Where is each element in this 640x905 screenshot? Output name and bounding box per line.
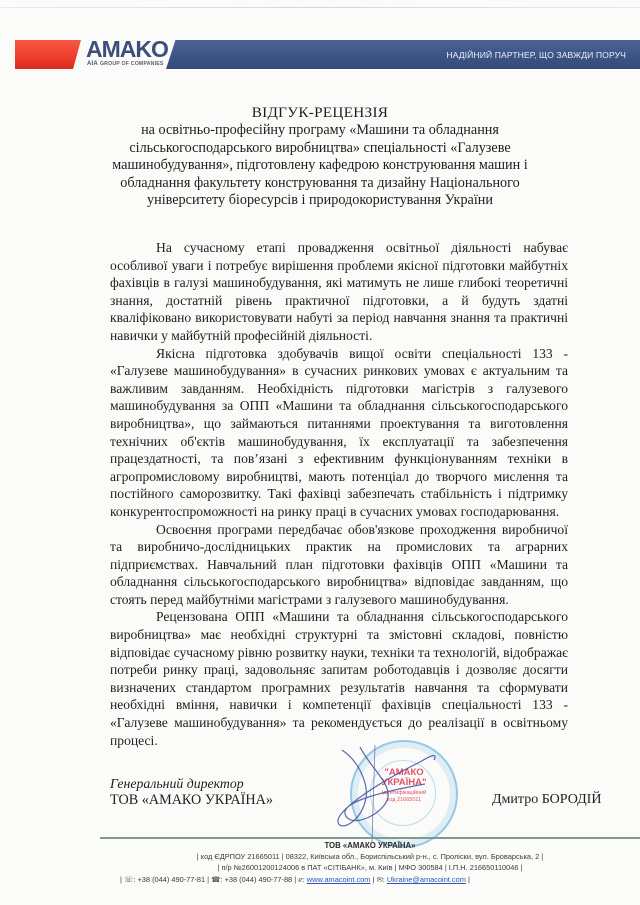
red-band [15, 40, 81, 69]
title-line: обладнання факультету конструювання та д… [80, 175, 560, 192]
paragraph: Якісна підготовка здобувачів вищої освіт… [110, 345, 568, 521]
fax-icon: ☏ [124, 875, 133, 884]
signatory-name: Дмитро БОРОДІЙ [492, 792, 601, 808]
logo-mark-icon: AIA [87, 61, 98, 67]
document-title: ВІДГУК-РЕЦЕНЗІЯ на освітньо-професійну п… [80, 104, 560, 209]
footer-line-address: | код ЄДРПОУ 21665011 | 08322, Київська … [100, 851, 640, 862]
logo-subtitle: AIAGROUP OF COMPANIES [87, 61, 164, 67]
top-rule [0, 7, 640, 8]
email-link[interactable]: Ukraine@amacoint.com [387, 875, 466, 884]
slogan: НАДІЙНИЙ ПАРТНЕР, ЩО ЗАВЖДИ ПОРУЧ [446, 50, 626, 60]
paragraph: Рецензована ОПП «Машини та обладнання сі… [110, 608, 568, 749]
footer-phone1: : +38 (044) 490-77-81 [133, 875, 205, 884]
blue-band: НАДІЙНИЙ ПАРТНЕР, ЩО ЗАВЖДИ ПОРУЧ [166, 40, 640, 69]
footer-company: ТОВ «АМАКО УКРАЇНА» [100, 840, 640, 851]
letterhead-footer: ТОВ «АМАКО УКРАЇНА» | код ЄДРПОУ 2166501… [100, 840, 640, 885]
title-line: сільськогосподарського виробництва» спец… [80, 140, 560, 157]
title-line: на освітньо-професійну програму «Машини … [80, 122, 560, 139]
footer-divider [100, 837, 640, 839]
title-main: ВІДГУК-РЕЦЕНЗІЯ [80, 104, 560, 121]
paragraph: Освоєння програми передбачає обов'язкове… [110, 521, 568, 609]
website-link[interactable]: www.amacoint.com [307, 875, 371, 884]
letterhead: AMAKO AIAGROUP OF COMPANIES НАДІЙНИЙ ПАР… [0, 38, 640, 70]
signatory-position: Генеральний директор [110, 775, 273, 792]
footer-line-bank: | п/р №26001200124006 в ПАТ «СІТІБАНК», … [100, 862, 640, 873]
handwritten-signature-icon [330, 742, 440, 842]
title-line: машинобудування», підготовлену кафедрою … [80, 157, 560, 174]
company-logo: AMAKO AIAGROUP OF COMPANIES [84, 38, 166, 70]
document-body: На сучасному етапі провадження освітньої… [110, 239, 568, 749]
paragraph: На сучасному етапі провадження освітньої… [110, 239, 568, 345]
signatory-block: Генеральний директор ТОВ «АМАКО УКРАЇНА» [110, 775, 273, 809]
footer-phone2: : +38 (044) 490-77-88 [220, 875, 292, 884]
footer-line-contacts: | ☏: +38 (044) 490-77-81 | ☎: +38 (044) … [100, 874, 640, 885]
signatory-company: ТОВ «АМАКО УКРАЇНА» [110, 792, 273, 809]
title-line: університету біоресурсів і природокорист… [80, 192, 560, 209]
logo-wordmark: AMAKO [86, 36, 168, 63]
